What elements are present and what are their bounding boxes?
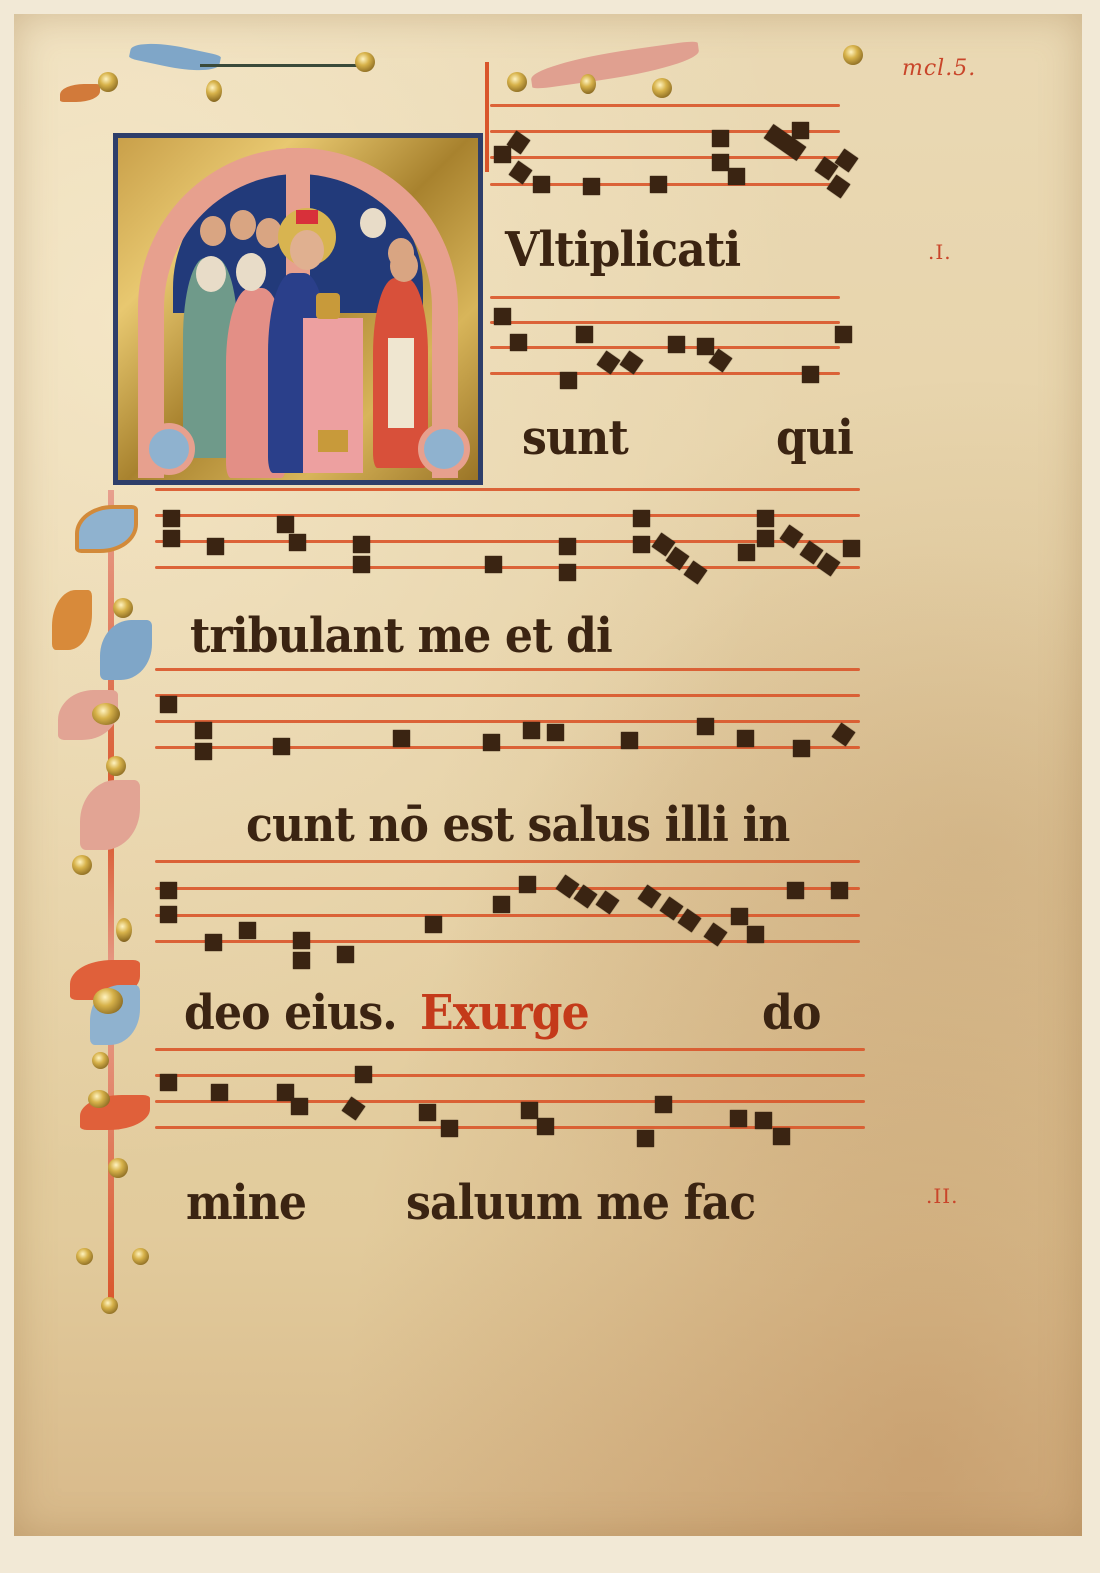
- staff-6: [155, 1048, 865, 1130]
- gold-bud-icon: [580, 74, 596, 94]
- figure-head-hooded: [236, 253, 266, 291]
- inscribed-scroll: [388, 338, 414, 428]
- scroll-terminal: [418, 423, 470, 475]
- gold-boss-icon: [92, 1052, 109, 1069]
- figure-head: [230, 210, 256, 240]
- elder-head: [290, 230, 324, 270]
- staff-5: [155, 860, 860, 944]
- scroll-terminal: [143, 423, 195, 475]
- historiated-initial-m: [113, 133, 483, 485]
- gold-boss-icon: [507, 72, 527, 92]
- lyric-line-5c: do: [762, 985, 820, 1041]
- lyric-line-5b: Exurge: [420, 985, 589, 1041]
- lyric-line-2a: sunt: [522, 410, 628, 466]
- staff-1: [490, 104, 840, 188]
- gold-boss-icon: [132, 1248, 149, 1265]
- gold-bud-icon: [116, 918, 132, 942]
- figure-head: [200, 216, 226, 246]
- gold-boss-icon: [652, 78, 672, 98]
- gold-boss-icon: [92, 703, 120, 725]
- folio-number: mcl.5.: [902, 56, 976, 81]
- mitre: [296, 210, 318, 224]
- lyric-line-5a: deo eius.: [184, 985, 397, 1041]
- gold-boss-icon: [843, 45, 863, 65]
- lyric-line-4: cunt nō est salus illi in: [246, 797, 789, 853]
- tendril-line: [485, 62, 489, 172]
- gold-bud-icon: [206, 80, 222, 102]
- marginal-mark-1: .I.: [928, 240, 952, 264]
- lyric-line-6a: mine: [186, 1175, 306, 1231]
- figure-head: [360, 208, 386, 238]
- lyric-line-6b: saluum me fac: [406, 1175, 755, 1231]
- figure-head-hooded: [196, 256, 226, 292]
- gold-boss-icon: [76, 1248, 93, 1265]
- staff-2: [490, 296, 840, 376]
- gold-boss-icon: [101, 1297, 118, 1314]
- chalice-icon: [316, 293, 340, 319]
- lyric-line-2b: qui: [776, 410, 853, 466]
- staff-4: [155, 668, 860, 750]
- lyric-line-1: Vltiplicati: [505, 222, 740, 278]
- gold-boss-icon: [98, 72, 118, 92]
- gold-bud-icon: [88, 1090, 110, 1108]
- lyric-line-3: tribulant me et di: [190, 608, 612, 664]
- gold-boss-icon: [108, 1158, 128, 1178]
- rubricated-word: Exurge: [420, 985, 589, 1041]
- tendril-line: [200, 64, 360, 67]
- marginal-mark-2: .II.: [926, 1184, 959, 1208]
- gold-boss-icon: [93, 988, 123, 1014]
- lyric-text: Vltiplicati: [505, 222, 740, 278]
- gold-boss-icon: [355, 52, 375, 72]
- gold-boss-icon: [106, 756, 126, 776]
- gold-boss-icon: [72, 855, 92, 875]
- altar-box: [318, 430, 348, 452]
- gold-boss-icon: [113, 598, 133, 618]
- vine-stem: [108, 490, 114, 1310]
- staff-3: [155, 488, 860, 570]
- figure-head: [390, 250, 418, 282]
